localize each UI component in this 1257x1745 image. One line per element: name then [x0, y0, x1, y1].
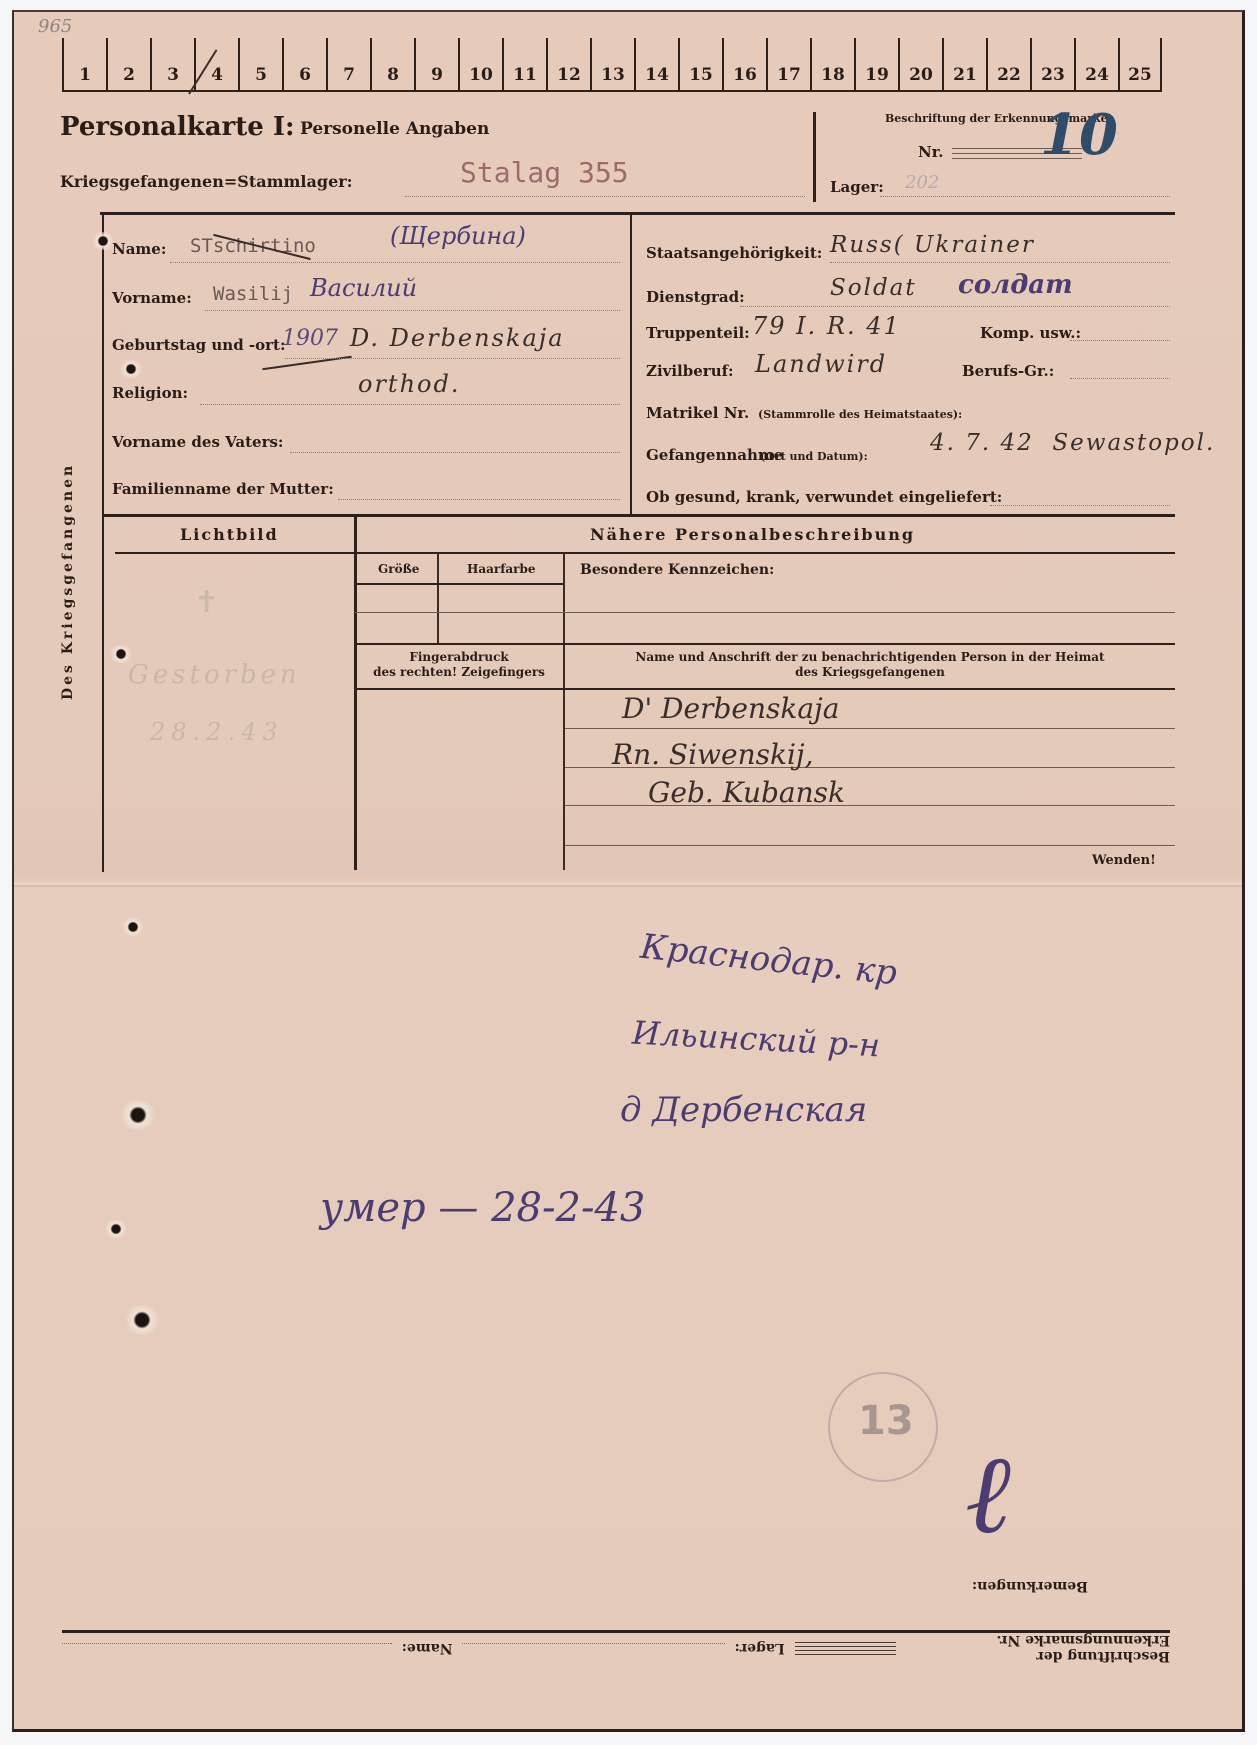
- kennzeichen-label: Besondere Kennzeichen:: [580, 562, 774, 578]
- mutter-field-line: [338, 499, 620, 500]
- komp-label: Komp. usw.:: [980, 324, 1081, 342]
- corner-note: 965: [38, 16, 72, 37]
- table-line: [355, 643, 1175, 645]
- finger-label: Fingerabdruck des rechten! Zeigefingers: [355, 650, 563, 680]
- truppenteil-value: 79 I. R. 41: [752, 312, 901, 340]
- ruler-cell: 17: [766, 38, 810, 90]
- death-note: умер — 28-2-43: [320, 1185, 645, 1231]
- column-divider: [437, 553, 439, 645]
- table-line: [355, 612, 1175, 613]
- vorname-label: Vorname:: [112, 289, 192, 307]
- vater-field-line: [290, 452, 620, 453]
- naehere-label: Nähere Personalbeschreibung: [590, 525, 915, 544]
- gesund-field-line: [990, 505, 1170, 506]
- ruler-cell: 4: [194, 38, 238, 90]
- truppenteil-label: Truppenteil:: [646, 324, 750, 342]
- cross-mark-icon: ✝: [194, 585, 219, 620]
- ruler-cell: 11: [502, 38, 546, 90]
- ruler-cell: 3: [150, 38, 194, 90]
- tag-lager-label: Lager:: [830, 178, 884, 196]
- photo-divider: [354, 514, 357, 870]
- footer-upside-down: Beschriftung der Erkennungsmarke Nr. Lag…: [62, 1636, 1170, 1660]
- section-divider: [100, 212, 1175, 215]
- religion-label: Religion:: [112, 384, 188, 402]
- ruler-cell: 13: [590, 38, 634, 90]
- punch-hole: [118, 1100, 158, 1130]
- ruler-cell: 19: [854, 38, 898, 90]
- finger-label-line-1: Fingerabdruck: [355, 650, 563, 665]
- punch-hole: [122, 1305, 162, 1335]
- ruler-cell: 10: [458, 38, 502, 90]
- zivilberuf-label: Zivilberuf:: [646, 362, 734, 380]
- notify-label-line-1: Name und Anschrift der zu benachrichtige…: [565, 650, 1175, 665]
- tag-lager-line: [880, 196, 1170, 197]
- finger-label-line-2: des rechten! Zeigefingers: [355, 665, 563, 680]
- lichtbild-label: Lichtbild: [180, 525, 279, 544]
- ruler-cell: 21: [942, 38, 986, 90]
- vorname-handwritten: Василий: [310, 274, 417, 302]
- wenden-label: Wenden!: [1092, 853, 1156, 868]
- header-divider: [813, 112, 816, 202]
- footer-nr-lines: [795, 1641, 896, 1655]
- ruler-cell: 22: [986, 38, 1030, 90]
- footer-lager: Lager:: [735, 1640, 785, 1656]
- table-line: [355, 583, 563, 585]
- ru-note-line-3: д Дербенская: [620, 1090, 867, 1130]
- notify-line-2: Rn. Siwenskij,: [612, 738, 814, 771]
- ruler-cell: 25: [1118, 38, 1162, 90]
- ruler-cell: 8: [370, 38, 414, 90]
- gefangen-value: 4. 7. 42 Sewastopol.: [930, 430, 1215, 456]
- signature: ℓ: [965, 1430, 1011, 1559]
- ruler-cell: 18: [810, 38, 854, 90]
- section-divider: [103, 514, 1175, 517]
- camp-value: Stalag 355: [460, 156, 629, 189]
- footer-name-line: [62, 1644, 392, 1645]
- camp-label: Kriegsgefangenen=Stammlager:: [60, 172, 353, 191]
- staat-field-line: [830, 262, 1170, 263]
- geburt-place: D. Derbenskaja: [350, 324, 565, 352]
- punch-hole: [90, 232, 116, 250]
- ruler-cell: 2: [106, 38, 150, 90]
- punch-hole: [103, 1220, 129, 1238]
- ruler-cell: 20: [898, 38, 942, 90]
- notify-line-3: Geb. Kubansk: [648, 776, 845, 809]
- punch-hole: [120, 918, 146, 936]
- religion-value: orthod.: [358, 370, 460, 398]
- geburt-field-line: [285, 358, 620, 359]
- tag-nr-label: Nr.: [918, 143, 943, 161]
- number-ruler: 1234567891011121314151617181920212223242…: [62, 38, 1162, 92]
- stamp-number: 13: [858, 1398, 914, 1444]
- staat-label: Staatsangehörigkeit:: [646, 244, 822, 262]
- berufs-field-line: [1070, 378, 1170, 379]
- footer-lager-line: [462, 1644, 724, 1645]
- ruler-cell: 6: [282, 38, 326, 90]
- ruler-cell: 1: [62, 38, 106, 90]
- matrikel-note: (Stammrolle des Heimatstaates):: [758, 408, 962, 421]
- name-label: Name:: [112, 240, 166, 258]
- ruler-cell: 14: [634, 38, 678, 90]
- dienstgrad-field-line: [740, 306, 1170, 307]
- notify-line-1: D' Derbenskaja: [622, 692, 839, 725]
- lichtbild-note-date: 28.2.43: [150, 718, 284, 746]
- berufs-label: Berufs-Gr.:: [962, 362, 1054, 380]
- header-underline: [115, 552, 1175, 554]
- footer-name: Name:: [402, 1640, 453, 1656]
- gesund-label: Ob gesund, krank, verwundet eingeliefert…: [646, 488, 1002, 506]
- lichtbild-note-died: Gestorben: [128, 660, 301, 690]
- ruler-cell: 12: [546, 38, 590, 90]
- religion-field-line: [200, 404, 620, 405]
- bemerkungen-label: Bemerkungen:: [972, 1578, 1088, 1594]
- haarfarbe-label: Haarfarbe: [467, 562, 536, 576]
- notify-label-line-2: des Kriegsgefangenen: [565, 665, 1175, 680]
- vorname-field-line: [205, 310, 620, 311]
- record-card: [12, 10, 1245, 1732]
- ruler-cell: 9: [414, 38, 458, 90]
- geburt-year: 1907: [282, 326, 338, 351]
- side-label: Des Kriegsgefangenen: [60, 463, 76, 700]
- punch-hole: [118, 360, 144, 378]
- column-divider: [630, 212, 632, 515]
- dienstgrad-value: Soldat: [830, 275, 917, 301]
- matrikel-label: Matrikel Nr.: [646, 404, 749, 422]
- vorname-typed: Wasilij: [213, 283, 293, 305]
- zivilberuf-value: Landwird: [755, 350, 887, 378]
- fold-line: [14, 883, 1242, 887]
- column-divider: [563, 553, 565, 870]
- camp-field-line: [405, 196, 805, 197]
- ruler-cell: 7: [326, 38, 370, 90]
- tag-nr-value: 10: [1040, 102, 1118, 168]
- dienstgrad-handwritten: солдат: [958, 270, 1073, 300]
- dienstgrad-label: Dienstgrad:: [646, 288, 745, 306]
- punch-hole: [108, 645, 134, 663]
- ruler-cell: 24: [1074, 38, 1118, 90]
- ruler-cell: 23: [1030, 38, 1074, 90]
- groesse-label: Größe: [378, 562, 419, 576]
- name-handwritten: (Щербина): [390, 222, 526, 250]
- vater-label: Vorname des Vaters:: [112, 433, 283, 451]
- tag-lager-value: 202: [905, 172, 939, 193]
- table-line: [355, 688, 1175, 690]
- ruler-cell: 16: [722, 38, 766, 90]
- staat-value: Russ( Ukrainer: [830, 232, 1035, 258]
- ruler-cell: 15: [678, 38, 722, 90]
- address-line: [565, 845, 1175, 846]
- gefangen-note: (Ort und Datum):: [760, 450, 868, 463]
- mutter-label: Familienname der Mutter:: [112, 480, 334, 498]
- card-title: Personalkarte I:: [60, 112, 295, 142]
- geburt-label: Geburtstag und -ort:: [112, 336, 286, 354]
- address-line: [565, 728, 1175, 729]
- footer-label: Beschriftung der Erkennungsmarke Nr.: [906, 1632, 1170, 1664]
- left-border: [102, 212, 104, 872]
- komp-field-line: [1070, 340, 1170, 341]
- notify-label: Name und Anschrift der zu benachrichtige…: [565, 650, 1175, 680]
- card-subtitle: Personelle Angaben: [300, 119, 489, 139]
- ruler-cell: 5: [238, 38, 282, 90]
- name-field-line: [170, 262, 620, 263]
